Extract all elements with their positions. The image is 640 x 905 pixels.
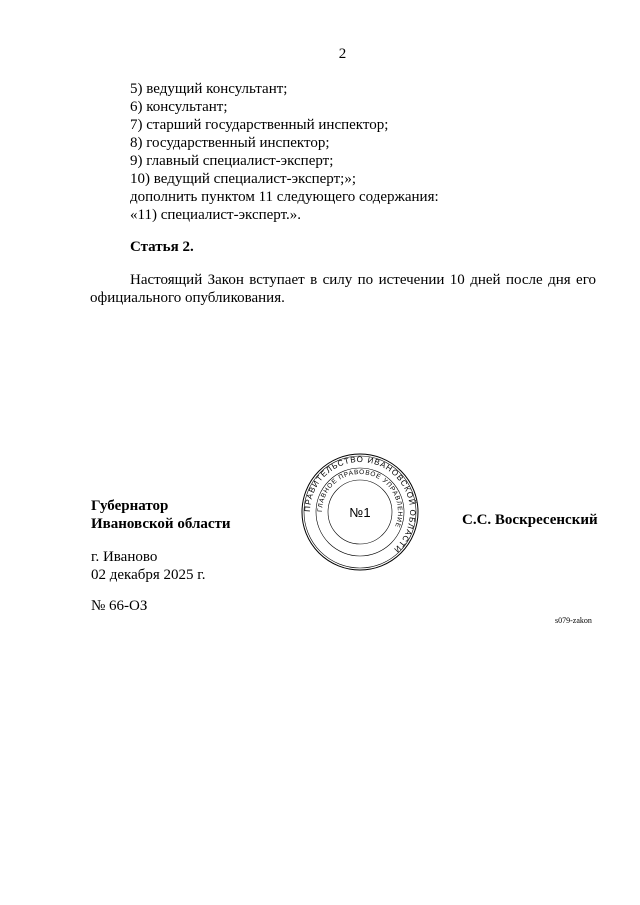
list-item: 10) ведущий специалист-эксперт;»; — [130, 170, 439, 188]
list-item: 7) старший государственный инспектор; — [130, 116, 439, 134]
official-stamp-icon: ПРАВИТЕЛЬСТВО ИВАНОВСКОЙ ОБЛАСТИ ГЛАВНОЕ… — [300, 452, 420, 572]
signatory-name: С.С. Воскресенский — [462, 512, 598, 529]
place: г. Иваново — [91, 548, 206, 566]
list-item: 6) консультант; — [130, 98, 439, 116]
document-code: s079-zakon — [555, 616, 592, 625]
list-items: 5) ведущий консультант; 6) консультант; … — [130, 80, 439, 224]
date: 02 декабря 2025 г. — [91, 566, 206, 584]
position-line-2: Ивановской области — [91, 515, 231, 533]
list-item: 9) главный специалист-эксперт; — [130, 152, 439, 170]
list-item: дополнить пунктом 11 следующего содержан… — [130, 188, 439, 206]
article-text: Настоящий Закон вступает в силу по истеч… — [90, 271, 596, 307]
list-item: «11) специалист-эксперт.». — [130, 206, 439, 224]
law-number: № 66-ОЗ — [91, 598, 147, 615]
stamp-center-text: №1 — [349, 505, 370, 520]
list-item: 8) государственный инспектор; — [130, 134, 439, 152]
page-number: 2 — [0, 46, 640, 63]
place-and-date: г. Иваново 02 декабря 2025 г. — [91, 548, 206, 584]
article-title: Статья 2. — [130, 239, 194, 256]
list-item: 5) ведущий консультант; — [130, 80, 439, 98]
position-line-1: Губернатор — [91, 497, 231, 515]
signatory-position: Губернатор Ивановской области — [91, 497, 231, 533]
